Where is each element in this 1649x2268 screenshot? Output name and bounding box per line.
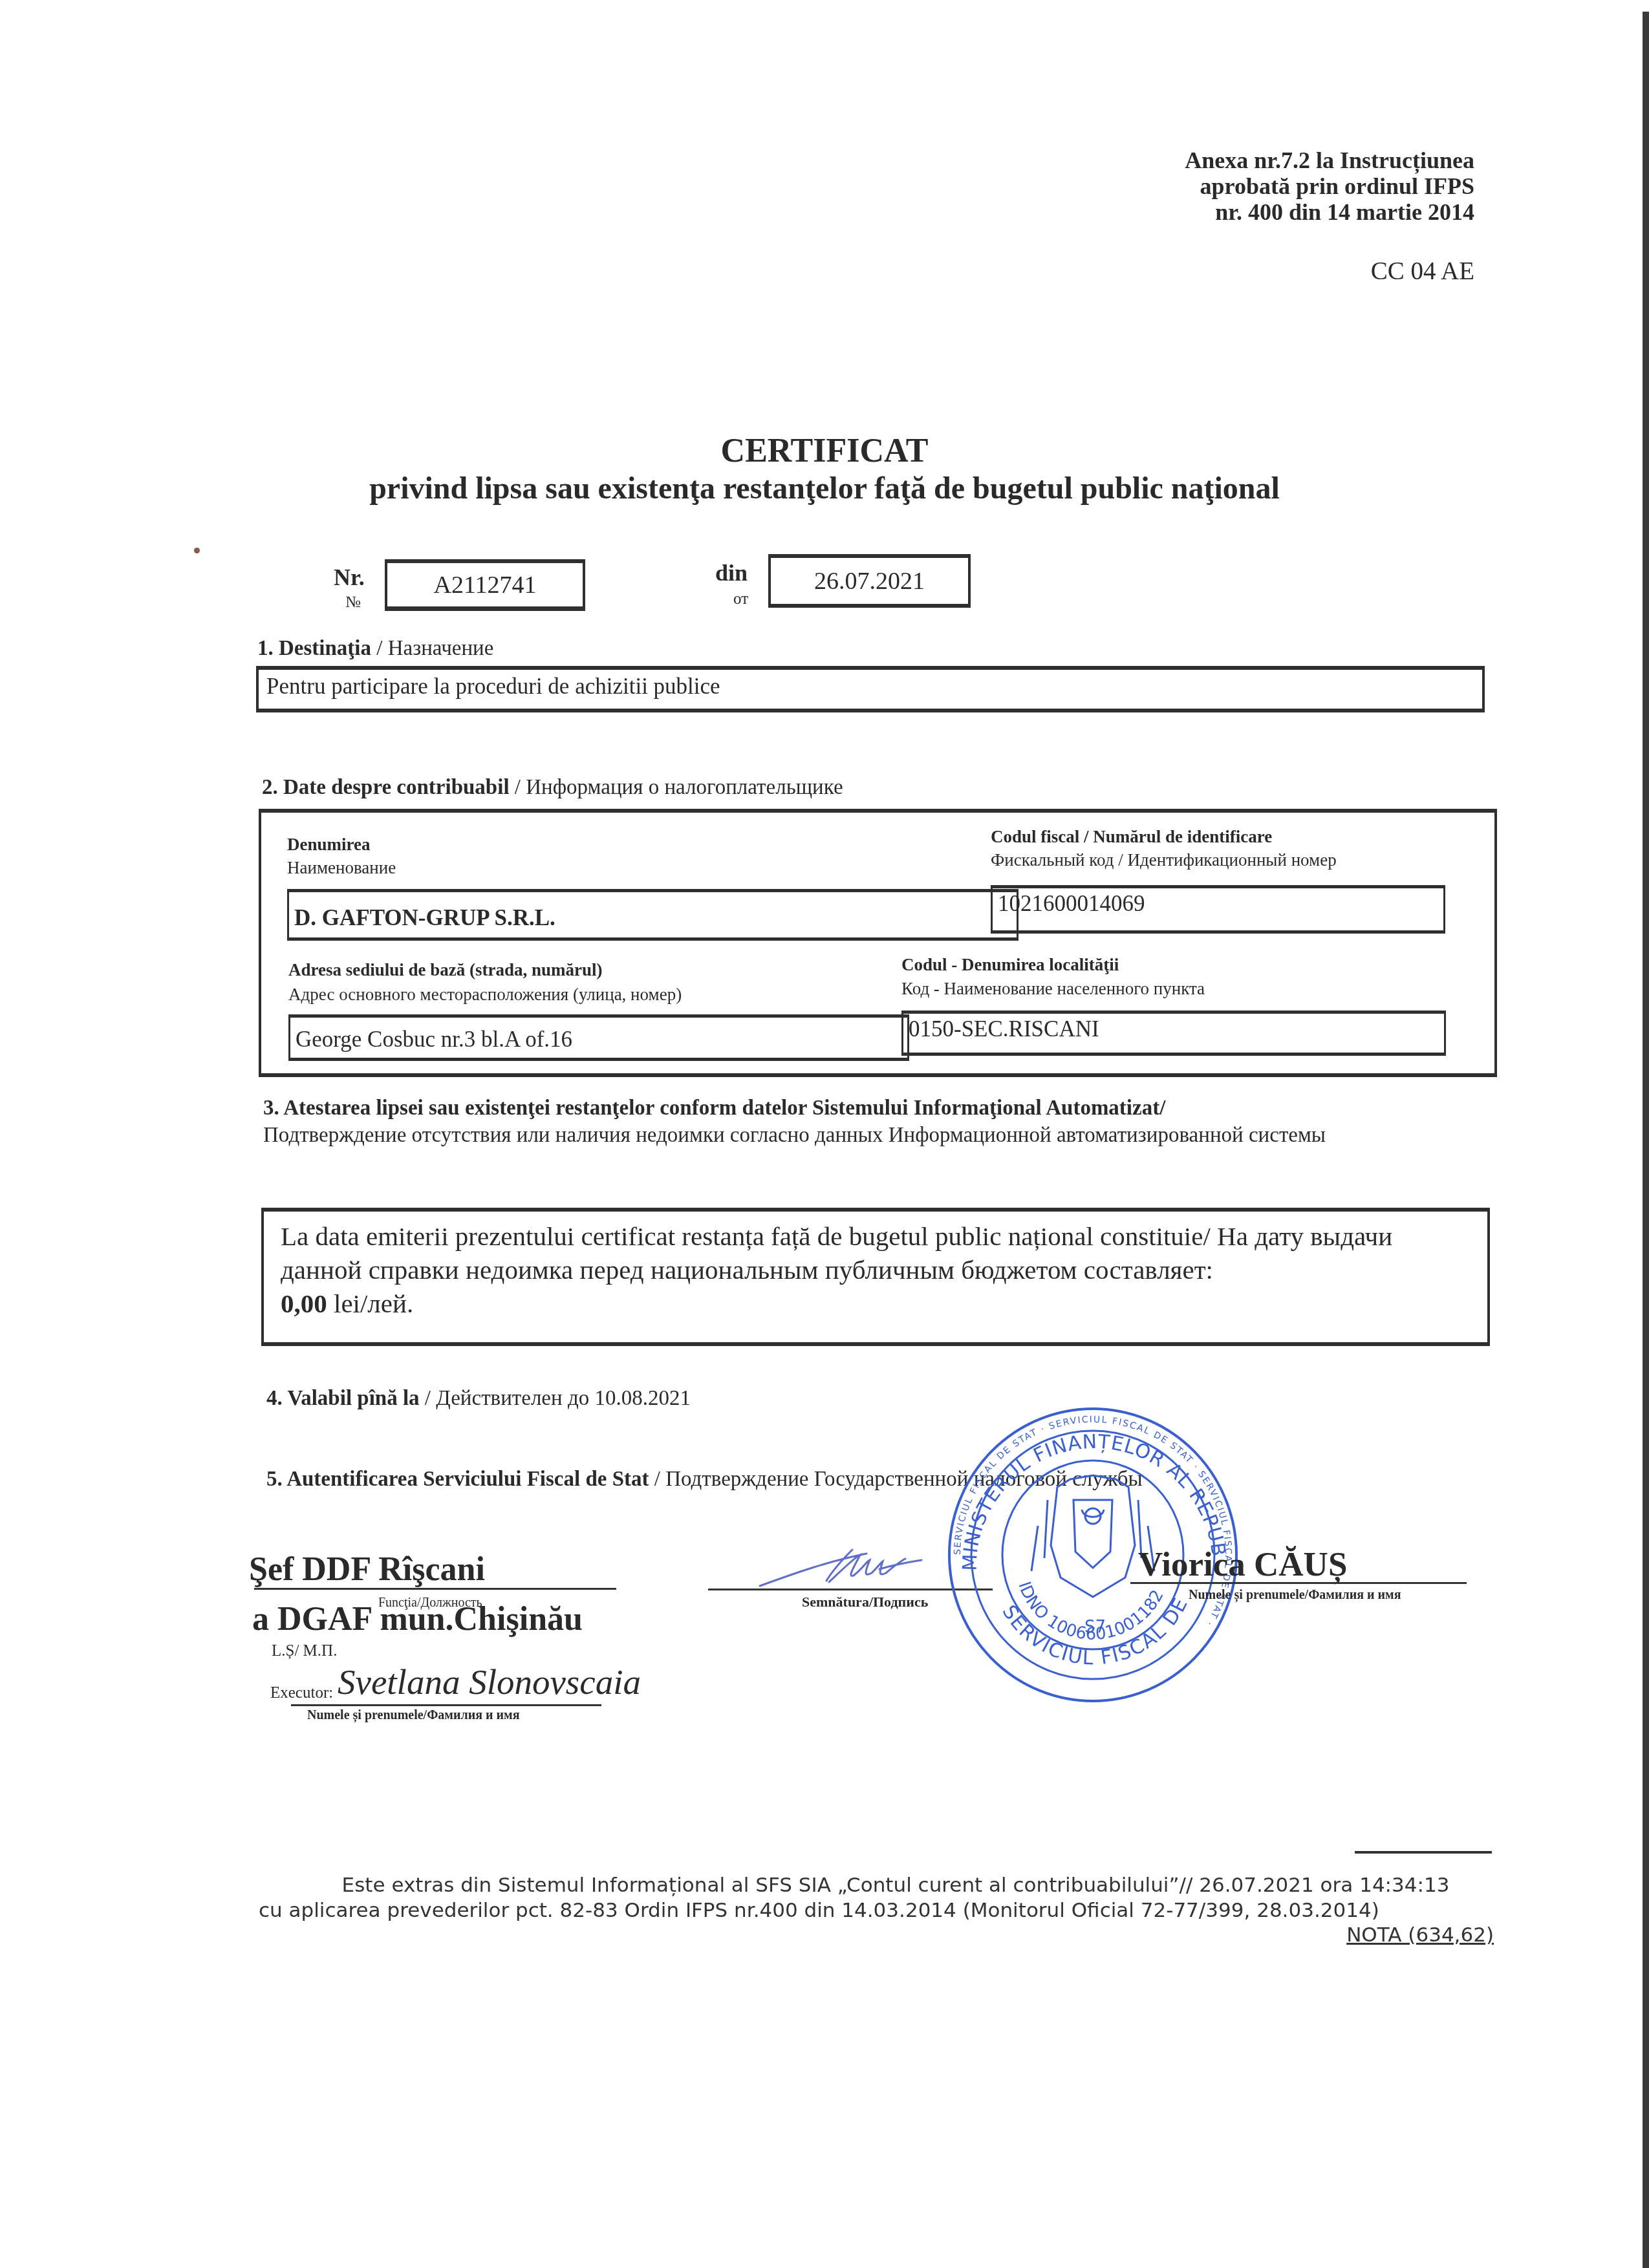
scan-speck — [194, 548, 200, 553]
handwritten-signature — [757, 1535, 925, 1594]
footer-extract-line: Este extras din Sistemul Informațional a… — [259, 1874, 1494, 1897]
section-3-title-ru: Подтверждение отсутствия или наличия нед… — [263, 1122, 1492, 1149]
seal-caption: L.Ș/ М.П. — [272, 1642, 337, 1660]
destination-field: Pentru participare la proceduri de achiz… — [256, 666, 1485, 712]
head-official-name: Viorica CĂUȘ — [1138, 1545, 1347, 1584]
annex-line: Anexa nr.7.2 la Instrucțiunea — [1185, 147, 1474, 173]
fiscal-code: 1021600014069 — [998, 891, 1145, 916]
name-label: Denumirea — [287, 835, 371, 855]
certificate-number: A2112741 — [433, 571, 536, 599]
executor-label: Executor: — [270, 1684, 333, 1702]
signature-caption: Semnătura/Подпись — [802, 1594, 928, 1610]
head-name-underline — [1130, 1582, 1467, 1584]
official-position-line1: Şef DDF Rîşcani — [249, 1550, 485, 1589]
annex-line: aprobată prin ordinul IFPS — [1185, 173, 1474, 199]
taxpayer-info-box: Denumirea Наименование Codul fiscal / Nu… — [259, 809, 1497, 1077]
validity-date: / Действителен до 10.08.2021 — [420, 1387, 691, 1410]
section-1-title: 1. Destinaţia / Назначение — [257, 637, 493, 661]
fiscal-code-field: 1021600014069 — [991, 885, 1445, 934]
section-2-title-ru: / Информация о налогоплательщике — [510, 776, 843, 799]
annex-reference: Anexa nr.7.2 la Instrucțiunea aprobată p… — [1185, 147, 1474, 225]
footer-legal-line: cu aplicarea prevederilor pct. 82-83 Ord… — [259, 1899, 1494, 1922]
document-subtitle: privind lipsa sau existenţa restanţelor … — [0, 471, 1649, 506]
company-name-field: D. GAFTON-GRUP S.R.L. — [287, 889, 1018, 941]
section-3-title: 3. Atestarea lipsei sau existenţei resta… — [263, 1097, 1165, 1120]
fiscal-code-label-ru: Фискальный код / Идентификационный номер — [991, 850, 1337, 870]
arrears-currency: lei/лей. — [327, 1289, 413, 1318]
address-label: Adresa sediului de bază (strada, numărul… — [288, 960, 603, 980]
head-name-caption: Numele și prenumele/Фамилия и имя — [1189, 1588, 1401, 1603]
section-2-title-ro: 2. Date despre contribuabil — [262, 776, 510, 799]
executor-name-caption: Numele și prenumele/Фамилия и имя — [307, 1708, 520, 1723]
fiscal-code-label: Codul fiscal / Numărul de identificare — [991, 827, 1272, 847]
form-code: CC 04 AE — [1371, 257, 1474, 286]
validity-label: 4. Valabil pînă la — [266, 1387, 420, 1410]
section-1-title-ru: / Назначение — [371, 637, 493, 660]
name-label-ru: Наименование — [287, 858, 396, 878]
arrears-amount: 0,00 — [281, 1289, 327, 1318]
footer-note: NOTA (634,62) — [259, 1923, 1494, 1947]
locality: 0150-SEC.RISCANI — [909, 1016, 1099, 1042]
company-name: D. GAFTON-GRUP S.R.L. — [294, 905, 555, 930]
issue-date-field: 26.07.2021 — [768, 554, 971, 608]
address-label-ru: Адрес основного месторасположения (улица… — [288, 985, 682, 1005]
date-label-ru: от — [733, 590, 748, 608]
locality-label: Codul - Denumirea localităţii — [901, 955, 1119, 975]
address-field: George Cosbuc nr.3 bl.A of.16 — [288, 1014, 909, 1061]
section-5-title-ro: 5. Autentificarea Serviciului Fiscal de … — [266, 1468, 649, 1491]
svg-text:S7: S7 — [1084, 1618, 1106, 1637]
date-label: din — [715, 559, 748, 586]
locality-field: 0150-SEC.RISCANI — [901, 1011, 1446, 1056]
section-4-validity: 4. Valabil pînă la / Действителен до 10.… — [266, 1387, 691, 1411]
issue-date: 26.07.2021 — [814, 567, 925, 595]
number-label: Nr. — [334, 564, 365, 591]
section-2-title: 2. Date despre contribuabil / Информация… — [262, 776, 843, 800]
scan-edge — [1643, 12, 1649, 2268]
position-underline — [254, 1588, 616, 1590]
annex-line: nr. 400 din 14 martie 2014 — [1185, 199, 1474, 225]
executor-underline — [291, 1704, 601, 1706]
arrears-statement: La data emiterii prezentului certificat … — [281, 1221, 1392, 1285]
number-label-ru: № — [345, 594, 361, 612]
locality-label-ru: Код - Наименование населенного пункта — [901, 979, 1205, 999]
footer-rule — [1355, 1851, 1492, 1854]
arrears-statement-box: La data emiterii prezentului certificat … — [261, 1208, 1490, 1346]
certificate-number-field: A2112741 — [385, 559, 585, 611]
official-position-line2: a DGAF mun.Chişinău — [252, 1600, 583, 1638]
address: George Cosbuc nr.3 bl.A of.16 — [296, 1027, 572, 1052]
destination-value: Pentru participare la proceduri de achiz… — [266, 674, 720, 699]
document-title: CERTIFICAT — [0, 432, 1649, 470]
section-1-title-ro: 1. Destinaţia — [257, 637, 371, 660]
executor-name: Svetlana Slonovscaia — [338, 1662, 641, 1702]
